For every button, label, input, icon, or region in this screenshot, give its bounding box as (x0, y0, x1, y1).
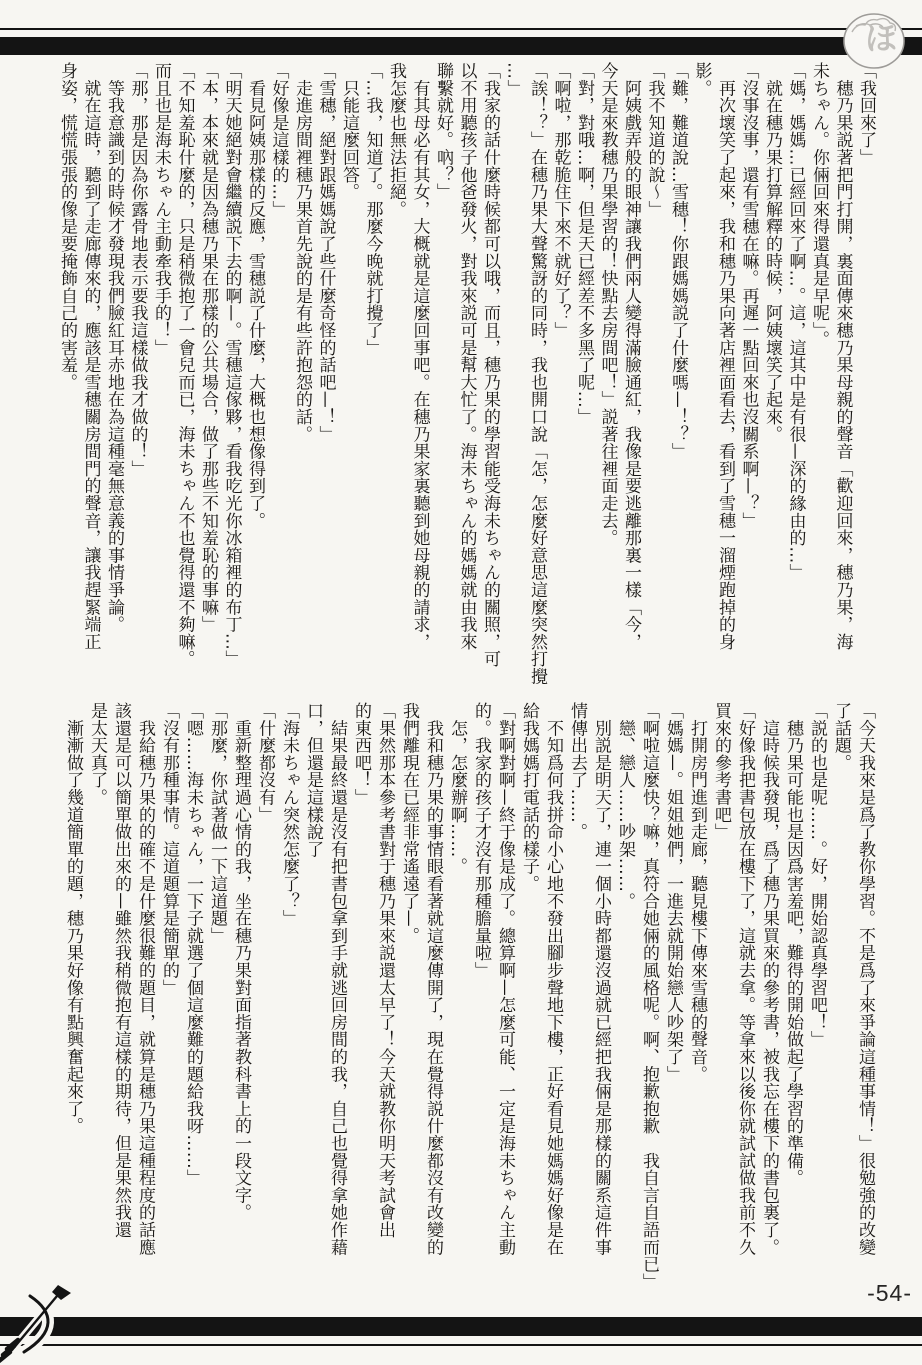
text-column: 「媽，媽媽…已經回來了啊…。這，這其中是有很—深的緣由的…」 (783, 62, 807, 710)
text-column: 「對，對哦…啊，但是天已經差不多黑了呢…」 (572, 62, 596, 710)
text-column: 「對啊對啊—終于像是成了。總算啊—怎麼可能、一定是海未ちゃん主動 (493, 702, 517, 1327)
text-column: 「説的也是呢……。好，開始認真學習吧！」 (805, 702, 829, 1327)
hanko-stamp: ほ (842, 12, 906, 70)
text-column: 「今天我來是爲了教你學習。不是爲了來爭論這種事情！」很勉強的改變 (853, 702, 877, 1327)
text-column: 就在穗乃果打算解釋的時候，阿姨壞笑了起來。 (760, 62, 784, 710)
text-column: 只能這麼回答。 (337, 62, 361, 710)
text-column: 「不知羞恥什麼的，只是稍微抱了一會兒而已，海未ちゃん不也覺得還不夠嘛。 (172, 62, 196, 710)
text-column: 我給穗乃果的的確不是什麼很難的題目，就算是穗乃果這種程度的話應 (133, 702, 157, 1327)
text-column: 「啊啦，那乾脆住下來不就好了？」 (548, 62, 572, 710)
text-column: 「啊啦這麼快？嘛，真符合她倆的風格呢。啊、抱歉抱歉 我自言自語而已」 (637, 702, 661, 1327)
text-column: 「本，本來就是因為穗乃果在那樣的公共場合，做了那些不知羞恥的事嘛」 (196, 62, 220, 710)
text-column: 「我家的話什麼時候都可以哦，而且，穗乃果的學習能受海未ちゃん的關照，可 (478, 62, 502, 710)
text-column: 再次壞笑了起來，我和穗乃果向著店裡面看去，看到了雪穗一溜煙跑掉的身 (713, 62, 737, 710)
text-column: 漸漸做了幾道簡單的題，穗乃果好像有點興奮起來了。 (61, 702, 85, 1327)
text-column: 今天是來教穗乃果學習的！快點去房間吧！」説著往裡面走去。 (595, 62, 619, 710)
scanned-novel-page: ほ 「我回來了」 穗乃果説著把門打開，裏面傳來穗乃果母親的聲音「歡迎回來，穗乃果… (0, 0, 922, 1365)
text-column: 就在這時，聽到了走廊傳來的，應該是雪穗關房間門的聲音，讓我趕緊端正 (78, 62, 102, 710)
text-column: 「海未ちゃん突然怎麼了？」 (277, 702, 301, 1327)
stamp-character: ほ (865, 22, 897, 54)
bottom-thin-rule (0, 1344, 922, 1346)
text-column: 身姿，慌慌張張的像是要掩飾自己的害羞。 (55, 62, 79, 710)
text-column: 「明天她絕對會繼續説下去的啊—。雪穗這傢夥，看我吃光你冰箱裡的布丁…」 (219, 62, 243, 710)
text-column: 「好像是這樣的…」 (266, 62, 290, 710)
text-column: 影。 (689, 62, 713, 710)
text-column: 阿姨戲弄般的眼神讓我們兩人變得滿臉通紅，我像是要逃離那裏一樣「今， (619, 62, 643, 710)
text-column: 「嗯……海未ちゃん，一下子就選了個這麼難的題給我呀……」 (181, 702, 205, 1327)
text-column: 戀、戀人……吵架……。 (613, 702, 637, 1327)
text-column: 穗乃果可能也是因爲害羞吧，難得的開始做起了學習的準備。 (781, 702, 805, 1327)
text-column: 我和穗乃果的事情眼看著就這麼傳開了，現在覺得説什麼都沒有改變的 (421, 702, 445, 1327)
bow-arrow-icon (0, 1284, 92, 1364)
text-column: 「果然那本參考書對于穗乃果來説還太早了！今天就教你明天考試會出 (373, 702, 397, 1327)
text-column: 「那，那是因為你露骨地表示要我這樣做我才做的！」 (125, 62, 149, 710)
text-column: 「沒有那種事情。這道題算是簡單的」 (157, 702, 181, 1327)
text-column: 「那麼，你試著做一下這道題」 (205, 702, 229, 1327)
text-column: 別説是明天了，連一個小時都還沒過就已經把我倆是那樣的關系這件事 (589, 702, 613, 1327)
text-column: 「好像我把書包放在樓下了，這就去拿。等拿來以後你就試試做我前不久 (733, 702, 757, 1327)
text-column: 結果最終還是沒有把書包拿到手就逃回房間的我，自己也覺得拿她作藉 (325, 702, 349, 1327)
text-column: 情傳出去了……。 (565, 702, 589, 1327)
text-column: 走進房間裡穗乃果首先說的是有些許抱怨的話。 (290, 62, 314, 710)
text-column: 「什麼都沒有」 (253, 702, 277, 1327)
text-column: 這時候我發現，爲了穗乃果買來的參考書，被我忘在樓下的書包裏了。 (757, 702, 781, 1327)
text-column: 聯繫就好。吶？」 (431, 62, 455, 710)
text-column: 打開房門進到走廊，聽見樓下傳來雪穗的聲音。 (685, 702, 709, 1327)
text-column: 「難，難道說…雪穗！你跟媽媽説了什麼嗎—！？」 (666, 62, 690, 710)
text-column: 了話題。 (829, 702, 853, 1327)
text-column: 以不用聽孩子他爸發火，對我來説可是幫大忙了。海未ちゃん的媽媽就由我來 (454, 62, 478, 710)
upper-text-block: 「我回來了」 穗乃果説著把門打開，裏面傳來穗乃果母親的聲音「歡迎回來，穗乃果，海… (55, 62, 878, 710)
text-column: 而且也是海未ちゃん主動牽我手的！」 (149, 62, 173, 710)
text-column: 「媽媽—。姐姐她們，一進去就開始戀人吵架了」 (661, 702, 685, 1327)
text-column: 等我意識到的時候才發現我們臉紅耳赤地在為這種毫無意義的事情爭論。 (102, 62, 126, 710)
bottom-thick-rule (0, 1317, 922, 1336)
text-column: 「雪穗，絕對跟媽媽說了些什麼奇怪的話吧—！」 (313, 62, 337, 710)
top-thick-rule (0, 37, 922, 55)
text-column: 怎，怎麼辦啊……。 (445, 702, 469, 1327)
text-column: 「我回來了」 (854, 62, 878, 710)
page-number: -54- (867, 1280, 912, 1307)
text-column: 是太天真了。 (85, 702, 109, 1327)
text-column: 該還是可以簡單做出來的—雖然我稍微抱有這樣的期待，但是果然我還 (109, 702, 133, 1327)
top-thin-rule (0, 28, 922, 30)
text-column: 未ちゃん。你倆回來得還真是早呢」。 (807, 62, 831, 710)
text-column: 「沒事沒事，還有雪穗在嘛。再遲一點回來也沒關系啊—？」 (736, 62, 760, 710)
text-column: 「…我，知道了。那麼今晚就打攪了」 (360, 62, 384, 710)
text-column: 給我媽媽打電話的樣子。 (517, 702, 541, 1327)
text-column: 穗乃果説著把門打開，裏面傳來穗乃果母親的聲音「歡迎回來，穗乃果，海 (830, 62, 854, 710)
text-column: 我怎麼也無法拒絕。 (384, 62, 408, 710)
text-column: 我們離現在已經非常遙遠了—。 (397, 702, 421, 1327)
text-column: 口，但還是這樣說了 (301, 702, 325, 1327)
text-column: 重新整理過心情的我，坐在穗乃果對面指著教科書上的一段文字。 (229, 702, 253, 1327)
text-column: …」 (501, 62, 525, 710)
text-column: 的。我家的孩子才沒有那種膽量啦」 (469, 702, 493, 1327)
text-column: 有其母必有其女，大概就是這麼回事吧。在穗乃果家裏聽到她母親的請求， (407, 62, 431, 710)
lower-text-block: 「今天我來是爲了教你學習。不是爲了來爭論這種事情！」很勉強的改變了話題。「説的也… (61, 702, 877, 1327)
text-column: 買來的參考書吧」 (709, 702, 733, 1327)
text-column: 看見阿姨那樣的反應，雪穗説了什麼，大概也想像得到了。 (243, 62, 267, 710)
text-column: 「我不知道的說～」 (642, 62, 666, 710)
text-column: 不知爲何我拼命小心地不發出腳步聲地下樓，正好看見她媽媽好像是在 (541, 702, 565, 1327)
text-column: 「誒！？」在穗乃果大聲驚訝的同時，我也開口說「怎，怎麼好意思這麼突然打攪 (525, 62, 549, 710)
text-column: 的東西吧！」 (349, 702, 373, 1327)
